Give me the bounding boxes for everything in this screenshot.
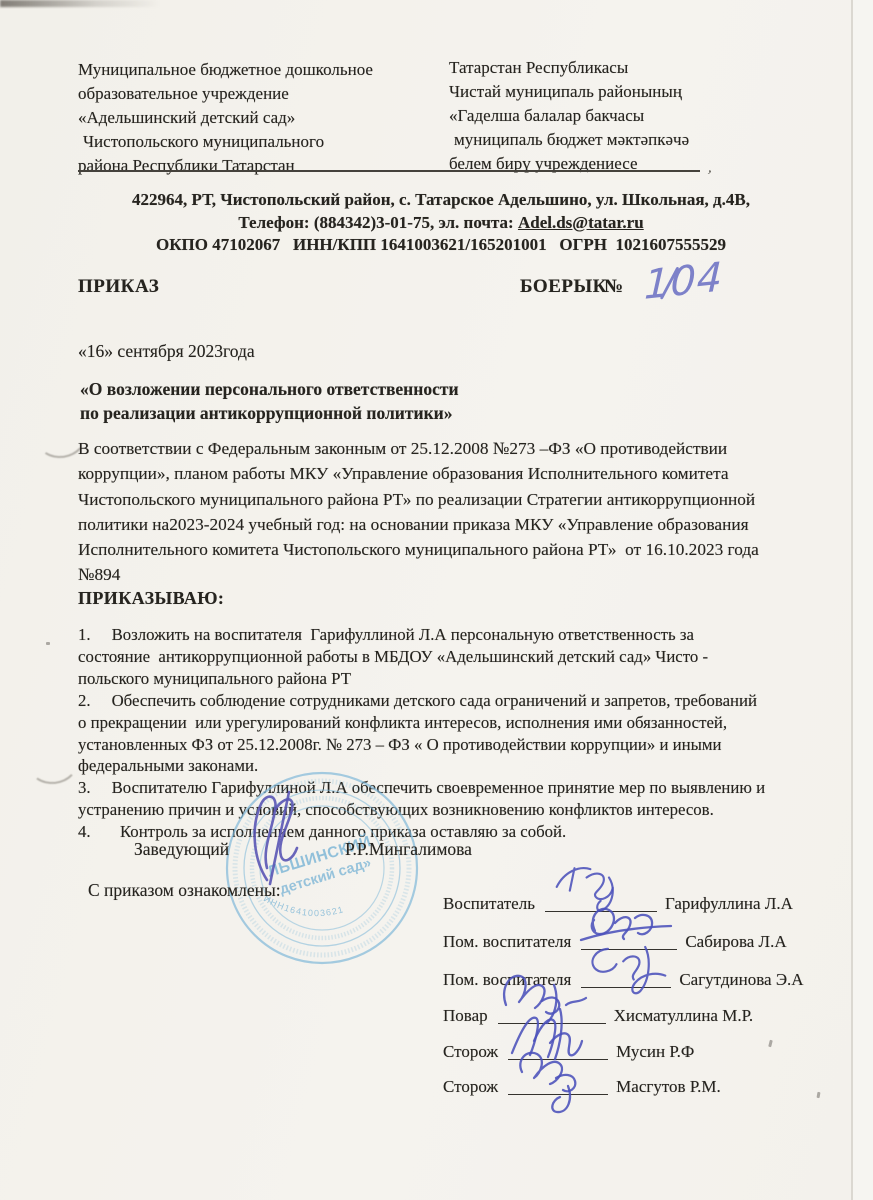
- ack-role: Сторож: [443, 1077, 498, 1097]
- org-left-line: района Республики Татарстан: [78, 154, 450, 178]
- order-item-line: федеральными законами.: [78, 755, 826, 777]
- paper-edge-line: [851, 0, 853, 1200]
- order-item-line: устранению причин и условий, способствую…: [78, 799, 826, 821]
- head-signature: [237, 788, 317, 892]
- order-item-line: о прекращении или урегулирований конфлик…: [78, 712, 826, 734]
- ack-role: Повар: [443, 1006, 488, 1026]
- hole-punch-mark: [26, 740, 80, 787]
- org-right-line: белем бирү учреждениесе: [449, 152, 799, 176]
- phone-text: Телефон: (884342)3-01-75, эл. почта:: [238, 213, 518, 232]
- order-item-line: 3. Воспитателю Гарифуллиной Л.А обеспечи…: [78, 777, 826, 799]
- order-number-value: 104: [643, 254, 724, 309]
- order-preamble: В соответствии с Федеральным законным от…: [78, 436, 822, 588]
- scan-speck: [46, 642, 50, 645]
- org-right-line: муниципаль бюджет мәктәпкәчә: [449, 128, 799, 152]
- ack-name: Мусин Р.Ф: [616, 1042, 694, 1062]
- preamble-line: коррупции», планом работы МКУ «Управлени…: [78, 461, 822, 486]
- email-text: Adel.ds@tatar.ru: [518, 213, 644, 232]
- subject-line: «О возложении персонального ответственно…: [80, 378, 459, 402]
- org-name-russian: Муниципальное бюджетное дошкольное образ…: [78, 58, 450, 178]
- preamble-line: Исполнительного комитета Чистопольского …: [78, 537, 822, 562]
- org-right-line: «Гаделша балалар бакчасы: [449, 104, 799, 128]
- org-left-line: «Адельшинский детский сад»: [78, 106, 450, 130]
- ack-name: Масгутов Р.М.: [616, 1077, 721, 1097]
- org-left-line: Муниципальное бюджетное дошкольное: [78, 58, 450, 82]
- ack-row: Сторож Масгутов Р.М.: [443, 1076, 721, 1097]
- order-date: «16» сентября 2023года: [78, 341, 255, 362]
- contact-block: 422964, РТ, Чистопольский район, с. Тата…: [80, 189, 802, 257]
- order-word-tatar: БОЕРЫК: [520, 276, 607, 298]
- order-word-russian: ПРИКАЗ: [78, 276, 159, 298]
- handwritten-order-number: 104: [643, 253, 734, 309]
- preamble-line: В соответствии с Федеральным законным от…: [78, 436, 822, 461]
- masgutov-signature: [508, 1042, 602, 1118]
- ack-role: Пом. воспитателя: [443, 932, 571, 952]
- org-right-line: Татарстан Республикасы: [449, 56, 799, 80]
- signatory-position: Заведующий: [134, 839, 229, 860]
- signatory-name: Р.Р.Мингалимова: [345, 839, 472, 860]
- preamble-line: Чистопольского муниципального района РТ»…: [78, 487, 822, 512]
- ack-name: Хисматуллина М.Р.: [614, 1006, 754, 1026]
- number-sign: №: [604, 276, 623, 298]
- ack-name: Гарифуллина Л.А: [665, 894, 793, 914]
- preamble-line: №894: [78, 562, 822, 587]
- header-divider-line: [78, 170, 700, 172]
- subject-line: по реализации антикоррупционной политики…: [80, 402, 459, 426]
- ack-role: Воспитатель: [443, 894, 535, 914]
- order-item-line: состояние антикоррупционной работы в МБД…: [78, 646, 826, 668]
- org-left-line: Чистопольского муниципального: [78, 130, 450, 154]
- order-item-line: польского муниципального района РТ: [78, 668, 826, 690]
- scan-smudge: [0, 0, 160, 7]
- ack-name: Сагутдинова Э.А: [679, 970, 803, 990]
- scan-speck: [768, 1040, 773, 1048]
- order-item-line: 1. Возложить на воспитателя Гарифуллиной…: [78, 624, 826, 646]
- order-item-line: 2. Обеспечить соблюдение сотрудниками де…: [78, 690, 826, 712]
- order-item-line: установленных ФЗ от 25.12.2008г. № 273 –…: [78, 734, 826, 756]
- preamble-line: политики на2023-2024 учебный год: на осн…: [78, 512, 822, 537]
- org-left-line: образовательное учреждение: [78, 82, 450, 106]
- decree-heading: ПРИКАЗЫВАЮ:: [78, 588, 224, 609]
- acknowledgement-heading: С приказом ознакомлены:: [88, 880, 281, 901]
- order-items: 1. Возложить на воспитателя Гарифуллиной…: [78, 624, 826, 843]
- phone-email-line: Телефон: (884342)3-01-75, эл. почта: Ade…: [80, 212, 802, 235]
- ack-role: Сторож: [443, 1042, 498, 1062]
- scanned-order-document: Муниципальное бюджетное дошкольное образ…: [0, 0, 873, 1200]
- ack-name: Сабирова Л.А: [685, 932, 786, 952]
- org-name-tatar: Татарстан Республикасы Чистай муниципаль…: [449, 56, 799, 176]
- registry-codes-line: ОКПО 47102067 ИНН/КПП 1641003621/1652010…: [80, 234, 802, 257]
- signature-line: [508, 1076, 608, 1095]
- paper-edge-shade: [853, 0, 873, 1200]
- address-line: 422964, РТ, Чистопольский район, с. Тата…: [80, 189, 802, 212]
- scan-speck: [817, 1092, 821, 1098]
- org-right-line: Чистай муниципаль районының: [449, 80, 799, 104]
- order-subject: «О возложении персонального ответственно…: [80, 378, 459, 425]
